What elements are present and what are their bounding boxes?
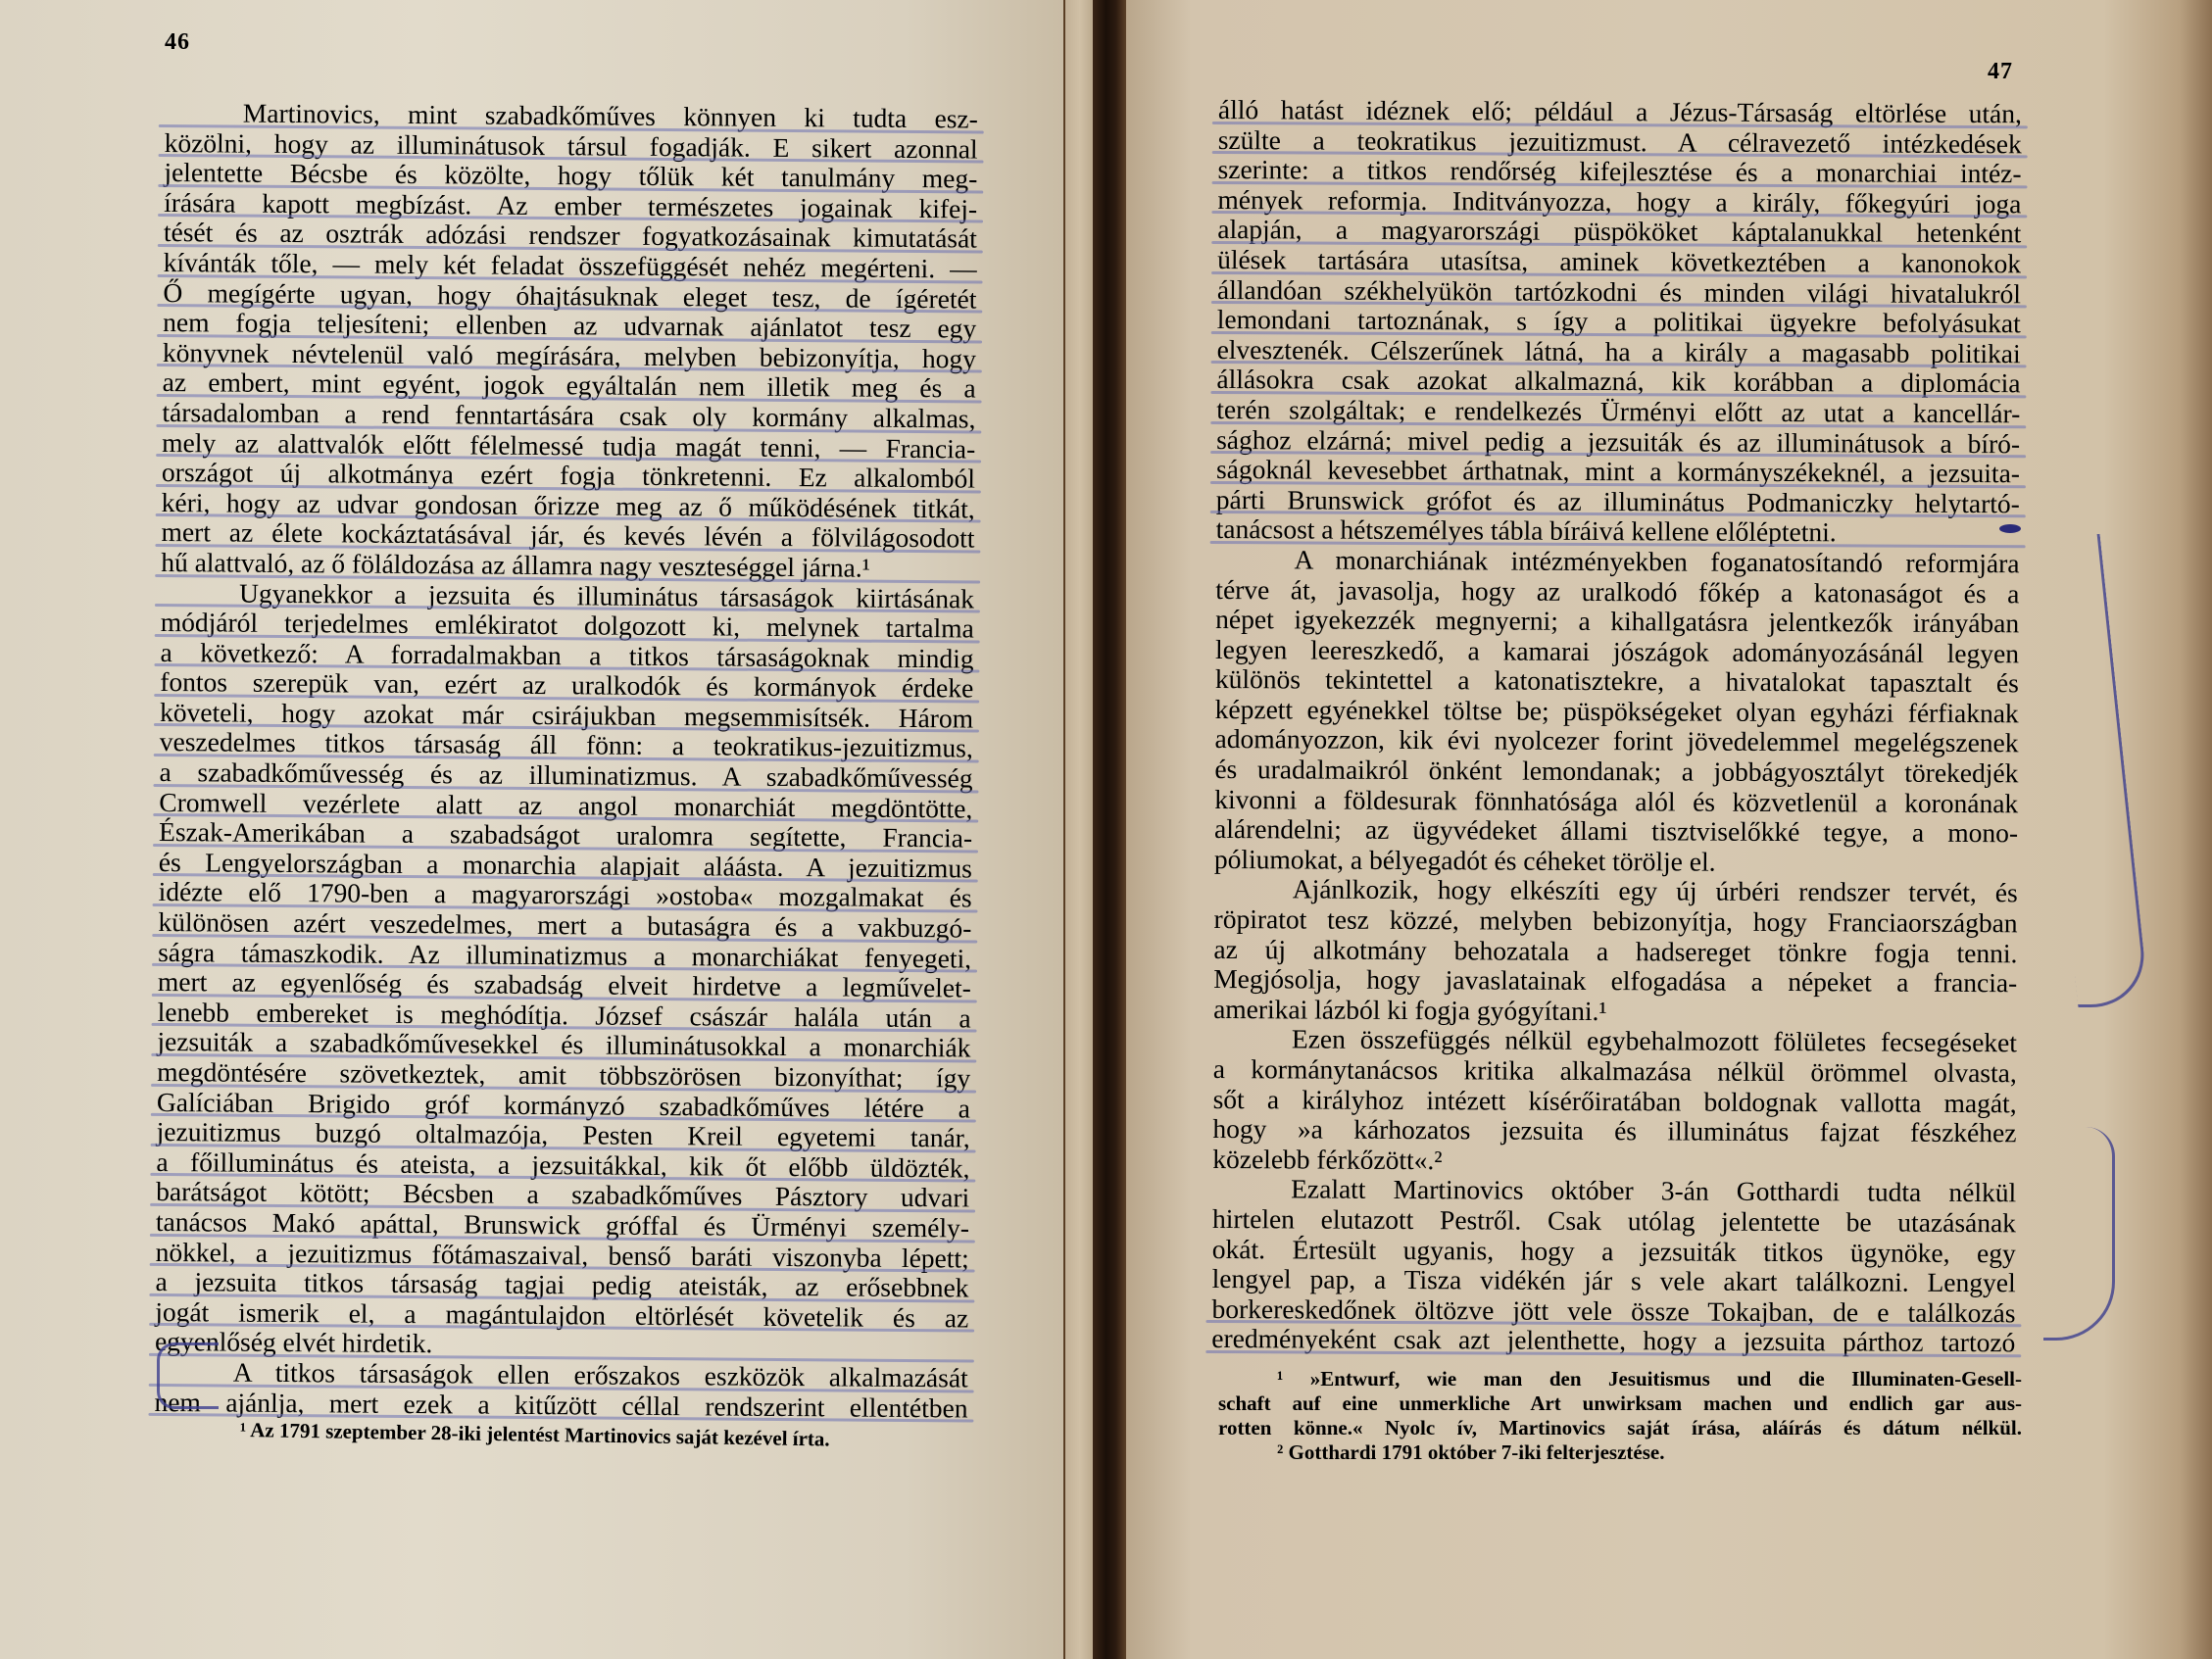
pen-bracket-mark (157, 1342, 219, 1409)
left-page-torn-edge (1063, 0, 1095, 1659)
book-spread: 46 47 Martinovics, mint szabadkőműves kö… (0, 0, 2212, 1659)
footnote-line: ² Gotthardi 1791 október 7-iki felterjes… (1218, 1440, 2022, 1465)
pen-margin-bracket (2043, 1127, 2115, 1341)
left-page-body: Martinovics, mint szabadkőműves könnyen … (154, 98, 978, 1424)
text-line: hirtelen elutazott Pestről. Csak utólag … (1212, 1204, 2016, 1239)
text-line: terén szolgáltak; e rendelkezés Ürményi … (1216, 395, 2020, 429)
text-line: eredményeként csak azt jelenthette, hogy… (1211, 1324, 2015, 1358)
footnote-line: ¹ »Entwurf, wie man den Jesuitismus und … (1218, 1367, 2022, 1391)
book-gutter (1093, 0, 1126, 1659)
text-line: a kormánytanácsos kritika alkalmazása né… (1213, 1054, 2017, 1089)
footnote-line: schaft auf eine unmerkliche Art unwirksa… (1218, 1391, 2022, 1416)
text-line: A monarchiának intézményekben foganatosí… (1215, 545, 2019, 579)
text-line: ülések tartására utasítsa, aminek követk… (1217, 245, 2021, 279)
footnote-line: rotten könne.« Nyolc ív, Martinovics saj… (1218, 1416, 2022, 1440)
right-page-footnotes: ¹ »Entwurf, wie man den Jesuitismus und … (1218, 1367, 2022, 1465)
text-line: álló hatást idéznek elő; például a Jézus… (1218, 95, 2022, 129)
right-page-number: 47 (1988, 59, 2013, 85)
ink-blot (1999, 524, 2021, 533)
right-page-body: álló hatást idéznek elő; például a Jézus… (1211, 95, 2022, 1358)
left-page-number: 46 (165, 29, 190, 56)
